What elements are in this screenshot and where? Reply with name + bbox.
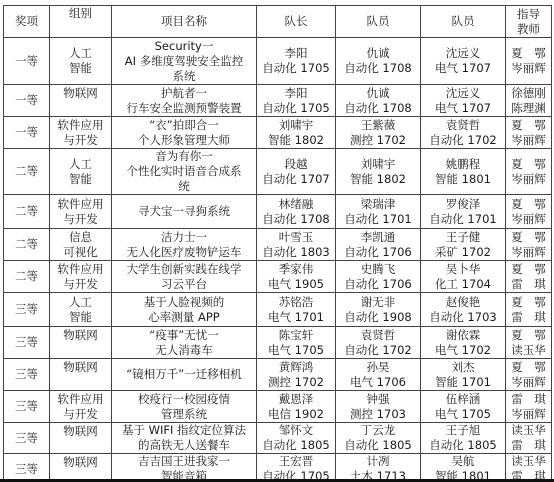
teacher-cell: 读玉华雷 琪 (506, 423, 552, 454)
project-cell-line: 心率测量 APP (114, 310, 254, 325)
member1-cell: 仇诚自动化 1708 (336, 85, 421, 117)
member2-cell: 袁贤哲自动化 1702 (421, 117, 506, 149)
teacher-cell-line: 夏 鄂 (508, 157, 549, 172)
project-cell-line: 行车安全监测预警装置 (114, 101, 254, 116)
table-row: 一等人工智能Security一AI 多维度驾驶安全监控系统李阳自动化 1705仇… (4, 38, 552, 85)
table-row: 三等物联网吉吉国王进我家一智能音箱王宏晋自动化 1705计冽土木 1713吴航智… (4, 454, 552, 482)
leader-cell-line: 苏铭浩 (259, 295, 333, 310)
group-cell: 物联网 (50, 423, 112, 454)
member2-cell-line: 自动化 1702 (423, 133, 503, 148)
leader-cell-line: 李阳 (259, 86, 333, 101)
member2-cell-line: 自动化 1701 (423, 212, 503, 227)
teacher-cell-line: 夏 鄂 (508, 230, 549, 245)
project-cell: 护航者一行车安全监测预警装置 (112, 85, 257, 117)
group-cell: 物联网 (50, 85, 112, 117)
project-cell-line: 洁力士一 (114, 230, 254, 245)
project-cell-line: 音为有你一 (114, 149, 254, 164)
table-row: 二等软件应用与开发大学生创新实践在线学习云平台季家伟电气 1905史腾飞自动化 … (4, 261, 552, 293)
member1-cell: 丁云龙自动化 1805 (336, 423, 421, 454)
award-cell: 一等 (4, 85, 50, 117)
group-cell-line: 信息 (52, 230, 109, 245)
member2-cell-line: 电气 1702 (423, 343, 503, 358)
member1-cell-line: 仇诚 (338, 86, 418, 101)
group-cell-line: 物联网 (52, 455, 109, 470)
leader-cell: 段越自动化 1707 (257, 149, 336, 195)
member2-cell-line: 沈远义 (423, 86, 503, 101)
award-cell: 三等 (4, 293, 50, 327)
member1-cell-line: 丁云龙 (338, 423, 418, 438)
header-teacher-line1: 指导 (508, 7, 549, 22)
header-member1: 队员 (336, 6, 421, 38)
project-cell-line: “疫事”无忧一 (114, 328, 254, 343)
group-cell: 软件应用与开发 (50, 117, 112, 149)
member2-cell-line: 沈远义 (423, 46, 503, 61)
leader-cell-line: 测控 1702 (259, 375, 333, 390)
leader-cell-line: 戴恩泽 (259, 392, 333, 407)
project-cell-line: 个性化实时语音合成系 (114, 164, 254, 179)
member2-cell-line: 电气 1707 (423, 61, 503, 76)
teacher-cell: 夏 鄂岑丽辉 (506, 117, 552, 149)
member1-cell-line: 电气 1706 (338, 375, 418, 390)
group-cell: 人工智能 (50, 149, 112, 195)
member2-cell-line: 电气 1707 (423, 101, 503, 116)
group-cell-line: 人工 (52, 46, 109, 61)
leader-cell: 王宏晋自动化 1705 (257, 454, 336, 482)
member2-cell-line: 自动化 1805 (423, 438, 503, 453)
leader-cell: 林绪融自动化 1708 (257, 195, 336, 229)
leader-cell-line: 叶雪玉 (259, 230, 333, 245)
teacher-cell-line: 夏 鄂 (508, 295, 549, 310)
member1-cell-line: 王紫薇 (338, 118, 418, 133)
group-cell-line: 与开发 (52, 133, 109, 148)
group-cell: 软件应用与开发 (50, 391, 112, 423)
teacher-cell-line: 夏 鄂 (508, 46, 549, 61)
leader-cell: 李阳自动化 1705 (257, 38, 336, 85)
member1-cell-line: 测控 1703 (338, 407, 418, 422)
group-cell: 人工智能 (50, 293, 112, 327)
member1-cell-line: 自动化 1908 (338, 310, 418, 325)
teacher-cell-line: 岑丽辉 (508, 407, 549, 422)
award-cell: 三等 (4, 359, 50, 391)
project-cell-line: 管理系统 (114, 407, 254, 422)
member1-cell-line: 袁贤哲 (338, 328, 418, 343)
teacher-cell-line: 岑丽辉 (508, 245, 549, 260)
teacher-cell-line: 雷 琪 (508, 438, 549, 453)
leader-cell-line: 自动化 1803 (259, 245, 333, 260)
member2-cell-line: 谢依霖 (423, 328, 503, 343)
member1-cell: 王紫薇测控 1702 (336, 117, 421, 149)
project-cell-line: “衣”拍即合一 (114, 118, 254, 133)
group-cell-line: 人工 (52, 157, 109, 172)
table-row: 二等信息可视化洁力士一无人化医疗废物铲运车叶雪玉自动化 1803李凯通自动化 1… (4, 229, 552, 261)
teacher-cell-line: 读玉华 (508, 423, 549, 438)
leader-cell-line: 自动化 1705 (259, 101, 333, 116)
leader-cell-line: 李阳 (259, 46, 333, 61)
teacher-cell-line: 雷 琪 (508, 392, 549, 407)
table-row: 二等人工智能音为有你一个性化实时语音合成系统段越自动化 1707刘啸宇智能 18… (4, 149, 552, 195)
table-row: 三等软件应用与开发校疫行一校园疫情管理系统戴恩泽电信 1902钟强测控 1703… (4, 391, 552, 423)
group-cell-line: 与开发 (52, 407, 109, 422)
teacher-cell-line: 雷 琪 (508, 277, 549, 292)
project-cell-line: AI 多维度驾驶安全监控 (114, 54, 254, 69)
member1-cell-line: 测控 1702 (338, 133, 418, 148)
award-cell: 三等 (4, 423, 50, 454)
teacher-cell: 雷 琪岑丽辉 (506, 391, 552, 423)
table-row: 二等软件应用与开发寻犬宝一寻狗系统林绪融自动化 1708梁瑞津自动化 1701罗… (4, 195, 552, 229)
leader-cell-line: 自动化 1705 (259, 61, 333, 76)
member1-cell-line: 自动化 1706 (338, 245, 418, 260)
group-cell: 信息可视化 (50, 229, 112, 261)
member2-cell: 吴航智能 1801 (421, 454, 506, 482)
member2-cell: 沈远义电气 1707 (421, 38, 506, 85)
header-award: 奖项 (4, 6, 50, 38)
project-cell: “疫事”无忧一无人消毒车 (112, 327, 257, 359)
teacher-cell-line: 夏 鄂 (508, 360, 549, 375)
header-member2: 队员 (421, 6, 506, 38)
teacher-cell-line: 雷 琪 (508, 310, 549, 325)
teacher-cell-line: 岑丽辉 (508, 172, 549, 187)
table-row: 三等人工智能基于人脸视频的心率测量 APP苏铭浩电气 1701谢无非自动化 19… (4, 293, 552, 327)
teacher-cell: 夏 鄂岑丽辉 (506, 229, 552, 261)
member1-cell-line: 刘啸宇 (338, 157, 418, 172)
member2-cell: 姚鹏程智能 1801 (421, 149, 506, 195)
member1-cell: 李凯通自动化 1706 (336, 229, 421, 261)
member2-cell-line: 电气 1705 (423, 407, 503, 422)
teacher-cell-line: 夏 鄂 (508, 262, 549, 277)
group-cell-line: 物联网 (52, 86, 109, 101)
member2-cell: 王子旭自动化 1805 (421, 423, 506, 454)
member1-cell: 史腾飞自动化 1706 (336, 261, 421, 293)
leader-cell: 季家伟电气 1905 (257, 261, 336, 293)
member1-cell: 计冽土木 1713 (336, 454, 421, 482)
member2-cell: 吴卜华化工 1704 (421, 261, 506, 293)
teacher-cell-line: 陈理渊 (508, 101, 549, 116)
project-cell-line: 个人形象管理大师 (114, 133, 254, 148)
header-teacher: 指导 教师 (506, 6, 552, 38)
member2-cell: 伍梓涵电气 1705 (421, 391, 506, 423)
leader-cell-line: 陈宝轩 (259, 328, 333, 343)
leader-cell-line: 智能 1802 (259, 133, 333, 148)
member2-cell-line: 化工 1704 (423, 277, 503, 292)
member1-cell-line: 钟强 (338, 392, 418, 407)
project-cell-line: 护航者一 (114, 86, 254, 101)
group-cell-line: 智能 (52, 172, 109, 187)
header-project: 项目名称 (112, 6, 257, 38)
teacher-cell: 夏 鄂雷 琪 (506, 261, 552, 293)
leader-cell-line: 段越 (259, 157, 333, 172)
member1-cell-line: 孙昊 (338, 360, 418, 375)
member2-cell-line: 伍梓涵 (423, 392, 503, 407)
award-cell: 一等 (4, 117, 50, 149)
teacher-cell-line: 岑丽辉 (508, 375, 549, 390)
header-row: 奖项 组别 项目名称 队长 队员 队员 指导 教师 (4, 6, 552, 38)
member1-cell-line: 自动化 1708 (338, 101, 418, 116)
teacher-cell: 徐德刚陈理渊 (506, 85, 552, 117)
header-group: 组别 (50, 6, 112, 38)
project-cell: 校疫行一校园疫情管理系统 (112, 391, 257, 423)
leader-cell: 陈宝轩电气 1705 (257, 327, 336, 359)
award-cell: 三等 (4, 327, 50, 359)
member2-cell-line: 智能 1701 (423, 375, 503, 390)
teacher-cell-line: 夏 鄂 (508, 197, 549, 212)
leader-cell-line: 电气 1905 (259, 277, 333, 292)
teacher-cell: 读玉华雷 琪 (506, 454, 552, 482)
group-cell-line: 软件应用 (52, 118, 109, 133)
leader-cell-line: 电气 1705 (259, 343, 333, 358)
member2-cell: 谢依霖电气 1702 (421, 327, 506, 359)
project-cell-line: 大学生创新实践在线学 (114, 262, 254, 277)
project-cell: 大学生创新实践在线学习云平台 (112, 261, 257, 293)
group-cell-line: 智能 (52, 310, 109, 325)
awards-table: 奖项 组别 项目名称 队长 队员 队员 指导 教师 一等人工智能Security… (3, 5, 552, 482)
member1-cell: 刘啸宇智能 1802 (336, 149, 421, 195)
table-row: 一等物联网护航者一行车安全监测预警装置李阳自动化 1705仇诚自动化 1708沈… (4, 85, 552, 117)
member2-cell: 赵俊艳自动化 1703 (421, 293, 506, 327)
member2-cell-line: 罗俊泽 (423, 197, 503, 212)
member1-cell: 梁瑞津自动化 1701 (336, 195, 421, 229)
teacher-cell-line: 徐德刚 (508, 86, 549, 101)
teacher-cell: 夏 鄂岑丽辉 (506, 359, 552, 391)
leader-cell-line: 电气 1701 (259, 310, 333, 325)
group-cell: 软件应用与开发 (50, 195, 112, 229)
leader-cell-line: 刘啸宇 (259, 118, 333, 133)
leader-cell-line: 自动化 1708 (259, 212, 333, 227)
award-cell: 三等 (4, 391, 50, 423)
member2-cell: 罗俊泽自动化 1701 (421, 195, 506, 229)
member1-cell-line: 史腾飞 (338, 262, 418, 277)
leader-cell: 李阳自动化 1705 (257, 85, 336, 117)
teacher-cell-line: 夏 鄂 (508, 328, 549, 343)
group-cell: 物联网 (50, 359, 112, 391)
teacher-cell-line: 读玉华 (508, 454, 549, 469)
member1-cell-line: 智能 1802 (338, 172, 418, 187)
award-cell: 二等 (4, 229, 50, 261)
member1-cell-line: 李凯通 (338, 230, 418, 245)
leader-cell-line: 王宏晋 (259, 454, 333, 469)
project-cell-line: 校疫行一校园疫情 (114, 392, 254, 407)
teacher-cell: 夏 鄂雷 琪 (506, 293, 552, 327)
teacher-cell: 夏 鄂读玉华 (506, 327, 552, 359)
teacher-cell-line: 读玉华 (508, 343, 549, 358)
member2-cell-line: 吴卜华 (423, 262, 503, 277)
member1-cell: 钟强测控 1703 (336, 391, 421, 423)
leader-cell-line: 季家伟 (259, 262, 333, 277)
project-cell-line: 统 (114, 179, 254, 194)
group-cell-line: 智能 (52, 61, 109, 76)
member1-cell: 袁贤哲自动化 1702 (336, 327, 421, 359)
member1-cell-line: 谢无非 (338, 295, 418, 310)
award-cell: 二等 (4, 149, 50, 195)
member1-cell: 孙昊电气 1706 (336, 359, 421, 391)
leader-cell-line: 自动化 1707 (259, 172, 333, 187)
project-cell: “衣”拍即合一个人形象管理大师 (112, 117, 257, 149)
member2-cell-line: 袁贤哲 (423, 118, 503, 133)
member2-cell-line: 王子旭 (423, 423, 503, 438)
teacher-cell: 夏 鄂岑丽辉 (506, 149, 552, 195)
group-cell: 物联网 (50, 327, 112, 359)
group-cell-line: 可视化 (52, 245, 109, 260)
leader-cell-line: 黄辉鸿 (259, 360, 333, 375)
leader-cell: 邹怀文自动化 1805 (257, 423, 336, 454)
member2-cell-line: 智能 1801 (423, 172, 503, 187)
teacher-cell: 夏 鄂岑丽辉 (506, 195, 552, 229)
award-cell: 二等 (4, 195, 50, 229)
member1-cell-line: 自动化 1701 (338, 212, 418, 227)
member1-cell-line: 仇诚 (338, 46, 418, 61)
leader-cell-line: 自动化 1805 (259, 438, 333, 453)
leader-cell-line: 电信 1902 (259, 407, 333, 422)
award-cell: 二等 (4, 261, 50, 293)
member2-cell-line: 自动化 1703 (423, 310, 503, 325)
project-cell: 基于 WIFI 指纹定位算法的高铁无人送餐车 (112, 423, 257, 454)
group-cell: 物联网 (50, 454, 112, 482)
project-cell: “镜相万千”一迁移相机 (112, 359, 257, 391)
project-cell-line: 习云平台 (114, 277, 254, 292)
group-cell-line: 与开发 (52, 277, 109, 292)
member1-cell-line: 计冽 (338, 454, 418, 469)
leader-cell: 黄辉鸿测控 1702 (257, 359, 336, 391)
project-cell-line: 无人化医疗废物铲运车 (114, 245, 254, 260)
leader-cell: 戴恩泽电信 1902 (257, 391, 336, 423)
project-cell: 吉吉国王进我家一智能音箱 (112, 454, 257, 482)
member2-cell-line: 赵俊艳 (423, 295, 503, 310)
project-cell: Security一AI 多维度驾驶安全监控系统 (112, 38, 257, 85)
group-cell-line: 物联网 (52, 328, 109, 343)
project-cell-line: 基于 WIFI 指纹定位算法 (114, 423, 254, 438)
group-cell: 软件应用与开发 (50, 261, 112, 293)
header-teacher-line2: 教师 (508, 22, 549, 37)
group-cell-line: 物联网 (52, 360, 109, 375)
project-cell: 音为有你一个性化实时语音合成系统 (112, 149, 257, 195)
member1-cell-line: 自动化 1702 (338, 343, 418, 358)
group-cell-line: 软件应用 (52, 197, 109, 212)
award-cell: 一等 (4, 38, 50, 85)
leader-cell: 叶雪玉自动化 1803 (257, 229, 336, 261)
group-cell-line: 与开发 (52, 212, 109, 227)
table-row: 一等软件应用与开发“衣”拍即合一个人形象管理大师刘啸宇智能 1802王紫薇测控 … (4, 117, 552, 149)
member2-cell-line: 吴航 (423, 454, 503, 469)
group-cell-line: 人工 (52, 295, 109, 310)
teacher-cell-line: 夏 鄂 (508, 118, 549, 133)
header-leader: 队长 (257, 6, 336, 38)
leader-cell-line: 林绪融 (259, 197, 333, 212)
member1-cell: 谢无非自动化 1908 (336, 293, 421, 327)
teacher-cell: 夏 鄂岑丽辉 (506, 38, 552, 85)
leader-cell-line: 邹怀文 (259, 423, 333, 438)
member2-cell: 刘杰智能 1701 (421, 359, 506, 391)
project-cell: 洁力士一无人化医疗废物铲运车 (112, 229, 257, 261)
member2-cell: 沈远义电气 1707 (421, 85, 506, 117)
member1-cell-line: 自动化 1708 (338, 61, 418, 76)
group-cell-line: 物联网 (52, 424, 109, 439)
group-cell-line: 软件应用 (52, 262, 109, 277)
member1-cell-line: 梁瑞津 (338, 197, 418, 212)
project-cell-line: 的高铁无人送餐车 (114, 438, 254, 453)
member2-cell-line: 刘杰 (423, 360, 503, 375)
project-cell-line: 无人消毒车 (114, 343, 254, 358)
project-cell: 寻犬宝一寻狗系统 (112, 195, 257, 229)
member2-cell: 王子健采矿 1702 (421, 229, 506, 261)
project-cell: 基于人脸视频的心率测量 APP (112, 293, 257, 327)
member2-cell-line: 王子健 (423, 230, 503, 245)
table-row: 三等物联网“镜相万千”一迁移相机黄辉鸿测控 1702孙昊电气 1706刘杰智能 … (4, 359, 552, 391)
project-cell-line: 寻犬宝一寻狗系统 (114, 204, 254, 219)
member2-cell-line: 姚鹏程 (423, 157, 503, 172)
leader-cell: 刘啸宇智能 1802 (257, 117, 336, 149)
project-cell-line: 基于人脸视频的 (114, 295, 254, 310)
member2-cell-line: 采矿 1702 (423, 245, 503, 260)
leader-cell: 苏铭浩电气 1701 (257, 293, 336, 327)
teacher-cell-line: 岑丽辉 (508, 61, 549, 76)
project-cell-line: Security一 (114, 39, 254, 54)
group-cell: 人工智能 (50, 38, 112, 85)
member1-cell-line: 自动化 1805 (338, 438, 418, 453)
teacher-cell-line: 岑丽辉 (508, 133, 549, 148)
award-cell: 三等 (4, 454, 50, 482)
project-cell-line: 吉吉国王进我家一 (114, 454, 254, 469)
member1-cell: 仇诚自动化 1708 (336, 38, 421, 85)
project-cell-line: 系统 (114, 69, 254, 84)
teacher-cell-line: 岑丽辉 (508, 212, 549, 227)
member1-cell-line: 自动化 1706 (338, 277, 418, 292)
group-cell-line: 软件应用 (52, 392, 109, 407)
table-row: 三等物联网基于 WIFI 指纹定位算法的高铁无人送餐车邹怀文自动化 1805丁云… (4, 423, 552, 454)
project-cell-line: “镜相万千”一迁移相机 (114, 367, 254, 382)
table-row: 三等物联网“疫事”无忧一无人消毒车陈宝轩电气 1705袁贤哲自动化 1702谢依… (4, 327, 552, 359)
